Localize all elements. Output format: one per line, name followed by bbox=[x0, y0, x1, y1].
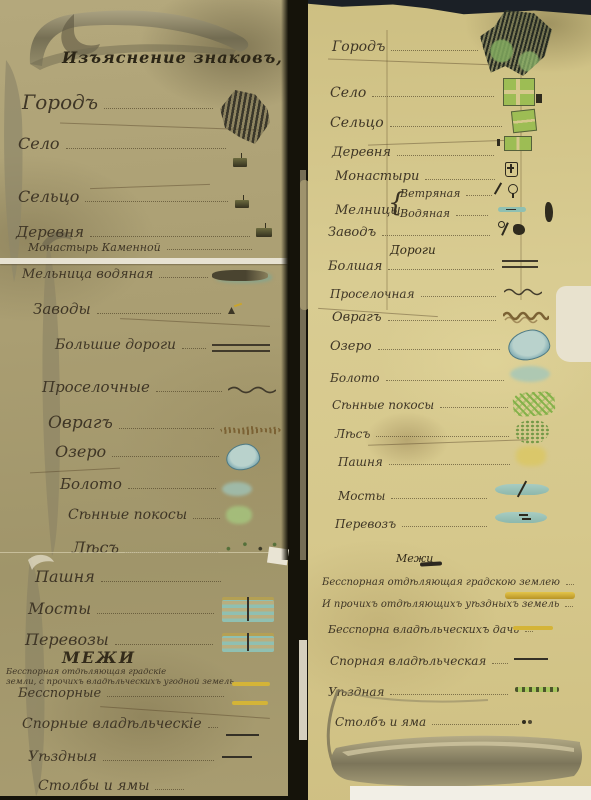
legend-row-vetryanaya: Ветряная bbox=[400, 188, 496, 199]
ink-mark bbox=[497, 139, 500, 146]
leader-line bbox=[456, 215, 488, 216]
legend-label: Уѣздныя bbox=[28, 750, 97, 764]
legend-label: Село bbox=[330, 86, 366, 100]
mezhi-note-line1: Бесспорная отдѣляющая градскіе bbox=[6, 667, 166, 677]
legend-label: Городъ bbox=[332, 40, 385, 54]
lake-symbol bbox=[506, 327, 552, 363]
leader-line bbox=[391, 50, 478, 51]
leader-line bbox=[155, 789, 184, 790]
ravine-symbol bbox=[503, 308, 549, 324]
leader-line bbox=[128, 488, 216, 489]
marsh-symbol bbox=[222, 482, 252, 496]
leader-line bbox=[565, 606, 573, 607]
leader-line bbox=[388, 320, 496, 321]
paper-backing bbox=[350, 786, 591, 800]
leader-line bbox=[103, 760, 214, 761]
legend-row-perevozy: Перевозы bbox=[25, 632, 217, 648]
leader-line bbox=[193, 518, 220, 519]
green-split-block-symbol bbox=[511, 109, 537, 133]
legend-label: Пашня bbox=[338, 456, 383, 468]
leader-line bbox=[440, 407, 508, 408]
factory-symbol bbox=[498, 220, 534, 240]
leader-line bbox=[378, 349, 500, 350]
main-road-symbol bbox=[212, 344, 270, 352]
legend-label: Большие дороги bbox=[55, 338, 176, 352]
legend-row-derevnya: Деревня bbox=[16, 225, 254, 240]
legend-label: Озеро bbox=[55, 444, 106, 460]
leader-line bbox=[389, 464, 510, 465]
ink-blot bbox=[545, 202, 553, 222]
leader-line bbox=[159, 277, 208, 278]
legend-label: Проселочные bbox=[42, 380, 150, 395]
marsh-symbol bbox=[510, 366, 550, 382]
legend-label: Лѣсъ bbox=[72, 540, 119, 556]
legend-row-proselochnye: Проселочные bbox=[42, 380, 226, 395]
legend-row-pashnya: Пашня bbox=[338, 456, 514, 468]
legend-row-besspornye: Бесспорные bbox=[18, 687, 228, 700]
waterwheel-symbol bbox=[498, 207, 526, 212]
legend-label: Бесспорные bbox=[18, 687, 101, 700]
legend-row-melnitsa: Мельница водяная bbox=[22, 268, 212, 281]
legend-label: Заводъ bbox=[328, 226, 376, 239]
legend-row-uezdnaya: Уѣздная bbox=[328, 686, 512, 698]
factory-symbol bbox=[228, 304, 242, 314]
mezhi-heading: Межи bbox=[62, 648, 136, 667]
legend-label: Оврагъ bbox=[48, 415, 113, 432]
green-quarters-symbol bbox=[503, 78, 535, 106]
main-road-symbol bbox=[502, 260, 538, 268]
boundary-line-symbol-green bbox=[515, 687, 559, 692]
leader-line bbox=[425, 179, 495, 180]
boundary-line-symbol-yellow bbox=[232, 682, 270, 686]
leader-line bbox=[397, 155, 494, 156]
leader-line bbox=[376, 436, 509, 437]
fold-tape bbox=[0, 258, 288, 264]
windmill-icon bbox=[508, 184, 518, 194]
green-block-pair-symbol bbox=[504, 136, 532, 151]
legend-row-gorod: Городъ bbox=[332, 40, 482, 54]
leader-line bbox=[402, 526, 487, 527]
ink-dash bbox=[420, 561, 442, 566]
legend-label: Деревня bbox=[332, 146, 391, 159]
legend-label: Столбы и ямы bbox=[38, 779, 149, 793]
legend-label: Болото bbox=[60, 477, 122, 492]
legend-label: Сельцо bbox=[18, 189, 79, 205]
legend-row-boloto: Болото bbox=[60, 477, 220, 492]
leader-line bbox=[466, 195, 492, 196]
legend-label: Мельница водяная bbox=[22, 268, 153, 281]
hayfield-symbol bbox=[226, 506, 252, 524]
country-road-symbol bbox=[504, 286, 542, 298]
leader-line bbox=[372, 96, 494, 97]
boundary-line-symbol-dark bbox=[222, 756, 252, 758]
roads-heading: Дороги bbox=[390, 243, 436, 257]
bridge-symbol bbox=[222, 600, 274, 622]
legend-row-zavody: Заводы bbox=[33, 302, 225, 317]
legend-label: Водяная bbox=[400, 208, 450, 219]
legend-row-pokosy: Сѣнные покосы bbox=[332, 399, 512, 411]
legend-row-derevnya: Деревня bbox=[332, 146, 498, 159]
legend-row-besspornaya: Бесспорная отдѣляющая градскою землею bbox=[322, 578, 550, 588]
legend-row-ovrag: Оврагъ bbox=[332, 311, 500, 324]
legend-title: Изъяснение знаковъ, bbox=[62, 48, 283, 67]
paper-crack bbox=[30, 468, 120, 474]
legend-row-gorod: Городъ bbox=[22, 92, 217, 112]
legend-row-vodyanaya: Водяная bbox=[400, 208, 492, 219]
left-sheet: Изъяснение знаковъ, Городъ Село Сельцо Д… bbox=[0, 0, 288, 796]
legend-row-mosty: Мосты bbox=[338, 490, 491, 502]
post-and-pit-symbol bbox=[522, 720, 526, 724]
leader-line bbox=[432, 724, 519, 725]
legend-row-stolby: Столбы и ямы bbox=[38, 779, 188, 793]
town-plan-symbol bbox=[480, 10, 552, 76]
ravine-symbol bbox=[220, 424, 282, 437]
legend-row-seltso: Сельцо bbox=[18, 189, 232, 205]
legend-label: Проселочная bbox=[330, 288, 415, 300]
legend-row-prochikh: И прочихъ отдѣляющихъ уѣздныхъ земель bbox=[322, 600, 502, 610]
boundary-line-symbol-yellow bbox=[513, 626, 553, 630]
legend-row-ozero: Озеро bbox=[330, 340, 504, 353]
legend-row-ozero: Озеро bbox=[55, 444, 223, 460]
leader-line bbox=[101, 581, 221, 582]
legend-row-bolshaya: Болшая bbox=[328, 260, 498, 273]
leader-line bbox=[107, 696, 224, 697]
fold-line bbox=[0, 552, 288, 553]
legend-label: Лѣсъ bbox=[335, 428, 370, 440]
bridge-symbol bbox=[495, 484, 549, 495]
legend-label: Столбъ и яма bbox=[335, 716, 426, 728]
legend-row-monastyr: Монастырь Каменной bbox=[28, 242, 256, 253]
leader-line bbox=[386, 380, 504, 381]
legend-row-proselochnaya: Проселочная bbox=[330, 288, 500, 300]
legend-label: Перевозъ bbox=[335, 518, 396, 530]
leader-line bbox=[391, 498, 487, 499]
legend-label: Мосты bbox=[338, 490, 385, 502]
lake-symbol bbox=[224, 442, 261, 472]
boundary-line-symbol-yellow-thick bbox=[505, 592, 575, 599]
legend-row-les: Лѣсъ bbox=[72, 540, 222, 556]
ferry-symbol bbox=[495, 512, 547, 523]
paper-crack bbox=[368, 439, 528, 446]
legend-label: Село bbox=[18, 136, 60, 152]
legend-row-selo: Село bbox=[330, 86, 498, 100]
legend-row-monastyri: Монастыри bbox=[335, 170, 499, 183]
legend-row-spornye: Спорные владѣльческіе bbox=[22, 717, 222, 731]
legend-label: Деревня bbox=[16, 225, 84, 240]
arable-symbol bbox=[516, 446, 546, 466]
leader-line bbox=[97, 613, 214, 614]
legend-label: Заводы bbox=[33, 302, 91, 317]
legend-label: Перевозы bbox=[25, 632, 109, 648]
legend-label: Болото bbox=[330, 372, 380, 384]
legend-row-bolshie-dorogi: Большие дороги bbox=[55, 338, 210, 352]
legend-row-pashnya: Пашня bbox=[35, 569, 225, 585]
legend-row-pokosy: Сѣнные покосы bbox=[68, 508, 224, 522]
ferry-symbol bbox=[222, 636, 274, 652]
leader-line bbox=[390, 694, 508, 695]
legend-row-les: Лѣсъ bbox=[335, 428, 513, 440]
legend-row-bessporna: Бесспорна владѣльческихъ дачь bbox=[328, 624, 510, 635]
legend-row-seltso: Сельцо bbox=[330, 116, 506, 130]
leader-line bbox=[167, 249, 252, 250]
boundary-line-symbol-dark bbox=[226, 734, 259, 736]
legend-label: Ветряная bbox=[400, 188, 460, 199]
monastery-cross-icon bbox=[505, 162, 518, 177]
watermill-symbol bbox=[212, 270, 268, 281]
leader-line bbox=[104, 108, 213, 109]
legend-label: Оврагъ bbox=[332, 311, 382, 324]
leader-line bbox=[208, 727, 218, 728]
legend-label: Городъ bbox=[22, 92, 98, 112]
leader-line bbox=[525, 631, 533, 632]
leader-line bbox=[90, 236, 250, 237]
leader-line bbox=[390, 126, 502, 127]
legend-row-boloto: Болото bbox=[330, 372, 508, 384]
leader-line bbox=[492, 663, 508, 664]
country-road-symbol bbox=[228, 384, 276, 396]
leader-line bbox=[85, 201, 228, 202]
legend-label: Бесспорна владѣльческихъ дачь bbox=[328, 624, 519, 635]
leader-line bbox=[156, 391, 222, 392]
leader-line bbox=[388, 269, 494, 270]
torn-edge bbox=[281, 0, 288, 560]
torn-edge-top bbox=[308, 0, 591, 15]
legend-label: Сѣнные покосы bbox=[332, 399, 434, 411]
legend-label: Монастыри bbox=[335, 170, 419, 183]
leader-line bbox=[421, 296, 496, 297]
leader-line bbox=[566, 584, 574, 585]
leader-line bbox=[119, 428, 214, 429]
ink-mark bbox=[536, 94, 542, 103]
legend-row-selo: Село bbox=[18, 136, 230, 152]
forest-symbol bbox=[515, 420, 549, 444]
legend-label: Сѣнные покосы bbox=[68, 508, 187, 522]
legend-label: Монастырь Каменной bbox=[28, 242, 161, 253]
paper-crack bbox=[120, 318, 270, 327]
leader-line bbox=[382, 235, 490, 236]
legend-label: Спорная владѣльческая bbox=[330, 655, 486, 667]
legend-label: И прочихъ отдѣляющихъ уѣздныхъ земель bbox=[322, 600, 559, 610]
legend-row-ovrag: Оврагъ bbox=[48, 415, 218, 432]
leader-line bbox=[182, 348, 206, 349]
legend-row-stolb: Столбъ и яма bbox=[335, 716, 523, 728]
legend-row-uezdnye: Уѣздныя bbox=[28, 750, 218, 764]
hamlet-symbol bbox=[235, 200, 249, 208]
binding-sliver bbox=[299, 640, 307, 740]
legend-label: Болшая bbox=[328, 260, 382, 273]
legend-row-zavod: Заводъ bbox=[328, 226, 494, 239]
paper-patch bbox=[556, 286, 591, 362]
legend-row-mosty: Мосты bbox=[28, 601, 218, 617]
boundary-line-symbol-yellow bbox=[232, 701, 268, 705]
legend-row-perevoz: Перевозъ bbox=[335, 518, 491, 530]
right-sheet: Городъ Село Сельцо Деревня Монастыри Мел… bbox=[308, 0, 591, 800]
settlement-symbol bbox=[256, 228, 272, 237]
leader-line bbox=[66, 148, 226, 149]
manuscript-canvas: Изъяснение знаковъ, Городъ Село Сельцо Д… bbox=[0, 0, 591, 800]
legend-label: Спорные владѣльческіе bbox=[22, 717, 202, 731]
village-symbol bbox=[233, 158, 247, 167]
legend-label: Бесспорная отдѣляющая градскою землею bbox=[322, 578, 560, 588]
legend-label: Мосты bbox=[28, 601, 91, 617]
legend-label: Озеро bbox=[330, 340, 372, 353]
boundary-line-symbol-dark bbox=[514, 658, 548, 660]
leader-line bbox=[112, 456, 219, 457]
legend-label: Пашня bbox=[35, 569, 95, 585]
legend-label: Уѣздная bbox=[328, 686, 384, 698]
hayfield-symbol bbox=[512, 391, 556, 418]
legend-row-spornaya: Спорная владѣльческая bbox=[330, 655, 512, 667]
legend-label: Сельцо bbox=[330, 116, 384, 130]
leader-line bbox=[97, 313, 221, 314]
leader-line bbox=[115, 644, 213, 645]
